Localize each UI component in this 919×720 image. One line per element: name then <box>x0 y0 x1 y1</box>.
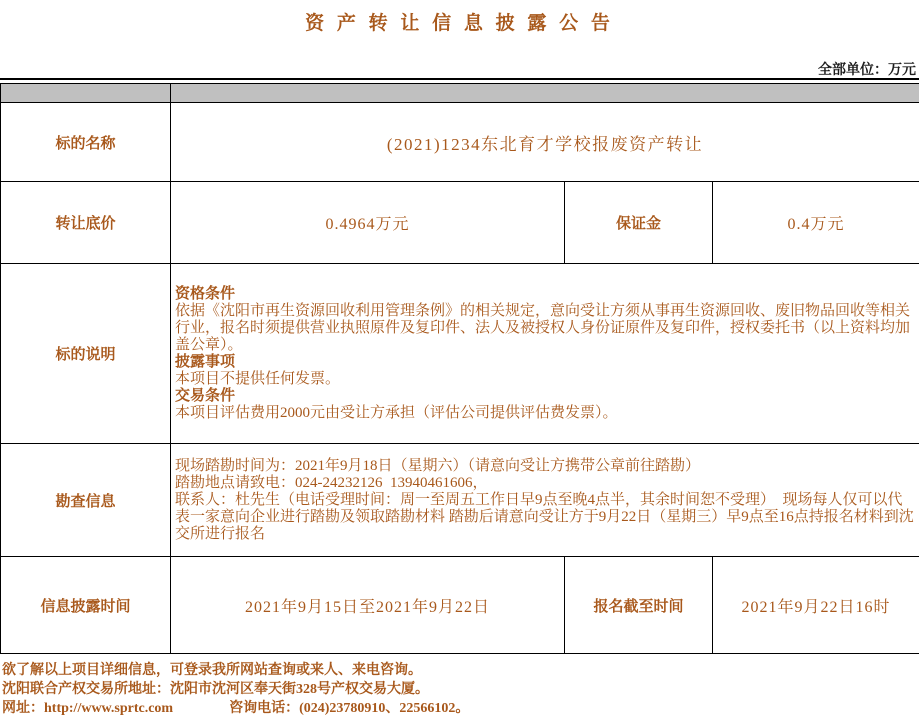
signup-deadline-value: 2021年9月22日16时 <box>713 557 919 654</box>
table-row-disclosure-time: 信息披露时间 2021年9月15日至2021年9月22日 报名截至时间 2021… <box>1 557 919 654</box>
subject-desc-content: 资格条件 依据《沈阳市再生资源回收利用管理条例》的相关规定，意向受让方须从事再生… <box>171 264 919 444</box>
base-price-label: 转让底价 <box>1 182 171 264</box>
table-row-price: 转让底价 0.4964万元 保证金 0.4万元 <box>1 182 919 264</box>
deposit-value: 0.4万元 <box>713 182 919 264</box>
disclosure-time-value: 2021年9月15日至2021年9月22日 <box>171 557 565 654</box>
disclosure-items-body: 本项目不提供任何发票。 <box>175 371 915 388</box>
footer: 欲了解以上项目详细信息，可登录我所网站查询或来人、来电咨询。 沈阳联合产权交易所… <box>2 661 917 718</box>
table-row-subject-desc: 标的说明 资格条件 依据《沈阳市再生资源回收利用管理条例》的相关规定，意向受让方… <box>1 264 919 444</box>
subject-desc-label: 标的说明 <box>1 264 171 444</box>
survey-line: 踏勘地点请致电：024-24232126 13940461606， <box>175 475 915 492</box>
subject-name-label: 标的名称 <box>1 103 171 182</box>
survey-info-label: 勘查信息 <box>1 444 171 557</box>
table-header-row <box>1 84 919 103</box>
disclosure-items-heading: 披露事项 <box>175 354 915 371</box>
table-row-subject-name: 标的名称 (2021)1234东北育才学校报废资产转让 <box>1 103 919 182</box>
disclosure-time-label: 信息披露时间 <box>1 557 171 654</box>
top-divider <box>0 78 919 80</box>
deposit-label: 保证金 <box>565 182 713 264</box>
header-value-cell <box>171 84 919 103</box>
trade-condition-heading: 交易条件 <box>175 388 915 405</box>
signup-deadline-label: 报名截至时间 <box>565 557 713 654</box>
survey-line: 联系人：杜先生（电话受理时间：周一至周五工作日早9点至晚4点半，其余时间恕不受理… <box>175 492 915 543</box>
survey-line: 现场踏勘时间为：2021年9月18日（星期六）（请意向受让方携带公章前往踏勘） <box>175 458 915 475</box>
table-row-survey-info: 勘查信息 现场踏勘时间为：2021年9月18日（星期六）（请意向受让方携带公章前… <box>1 444 919 557</box>
header-label-cell <box>1 84 171 103</box>
qualification-heading: 资格条件 <box>175 286 915 303</box>
announcement-page: 资 产 转 让 信 息 披 露 公 告 全部单位：万元 标的名称 (2021)1… <box>0 0 919 720</box>
trade-condition-body: 本项目评估费用2000元由受让方承担（评估公司提供评估费发票）。 <box>175 405 915 422</box>
announcement-table: 标的名称 (2021)1234东北育才学校报废资产转让 转让底价 0.4964万… <box>0 83 919 654</box>
base-price-value: 0.4964万元 <box>171 182 565 264</box>
qualification-body: 依据《沈阳市再生资源回收利用管理条例》的相关规定，意向受让方须从事再生资源回收、… <box>175 303 915 354</box>
footer-line-info: 欲了解以上项目详细信息，可登录我所网站查询或来人、来电咨询。 <box>2 661 917 680</box>
page-title: 资 产 转 让 信 息 披 露 公 告 <box>0 8 919 35</box>
unit-note: 全部单位：万元 <box>818 59 916 79</box>
subject-name-value: (2021)1234东北育才学校报废资产转让 <box>171 103 919 182</box>
survey-info-content: 现场踏勘时间为：2021年9月18日（星期六）（请意向受让方携带公章前往踏勘） … <box>171 444 919 557</box>
footer-line-contact: 网址：http://www.sprtc.com 咨询电话：(024)237809… <box>2 699 917 718</box>
footer-line-address: 沈阳联合产权交易所地址：沈阳市沈河区奉天街328号产权交易大厦。 <box>2 680 917 699</box>
